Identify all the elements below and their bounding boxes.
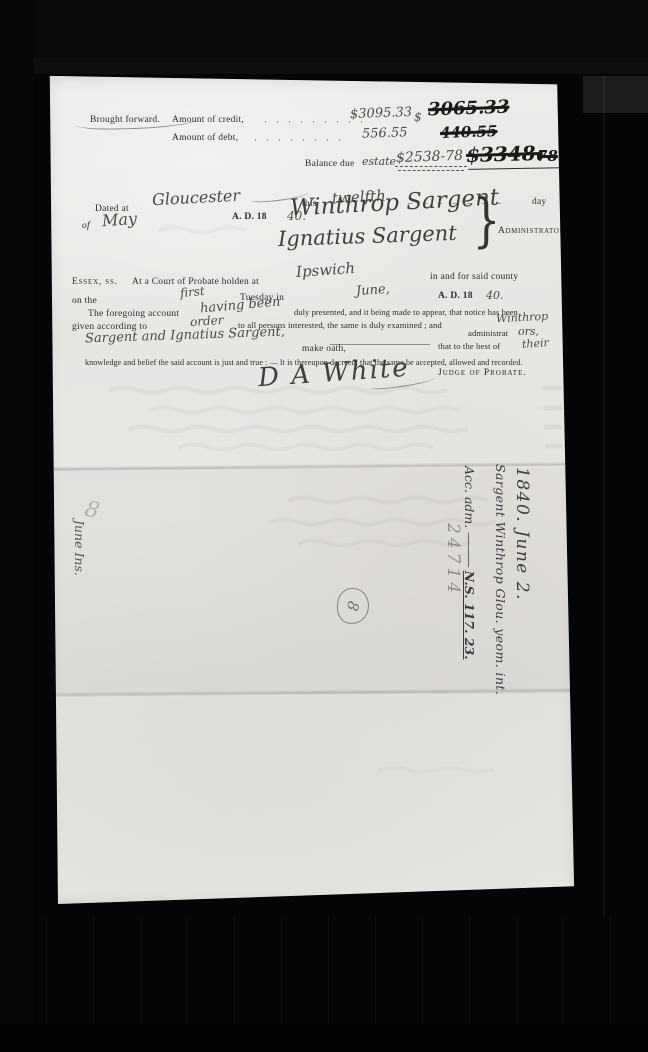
balance-label: Balance due <box>305 159 354 169</box>
document-page: Brought forward. Amount of credit, ·····… <box>40 70 585 915</box>
ordinal-handwritten: first <box>179 284 205 301</box>
county-end-text: in and for said county <box>430 272 518 282</box>
day-word-handwritten: twelfth <box>332 187 387 208</box>
month-handwritten: May <box>101 209 137 230</box>
balance-dashed-underline-1 <box>395 152 467 167</box>
docket-account-dash: ——— <box>462 532 477 567</box>
their-handwritten: their <box>522 336 550 351</box>
order-handwritten: order <box>190 313 224 329</box>
photo-top-band <box>0 0 648 58</box>
credit-amount-struck: 3065.33 <box>428 97 510 121</box>
judge-signature: D A White <box>257 353 411 394</box>
docket-account-prefix: Acc. adm. <box>462 466 477 528</box>
docket-name-line: Sargent Winthrop Glou. yeom. int. <box>493 464 508 695</box>
credit-dollar-mark: $ <box>414 110 422 124</box>
photo-top-band-lower <box>0 58 648 74</box>
dated-leaders: – – – – – – – <box>408 198 505 208</box>
given-according-label: given according to <box>72 322 147 332</box>
make-oath-label: make oath, <box>302 344 346 354</box>
winthrop-name-handwritten: Winthrop <box>496 310 549 326</box>
fold-crease-upper <box>46 461 574 472</box>
court-month-handwritten: June, <box>356 282 391 299</box>
photo-bottom-black <box>0 1024 648 1052</box>
signature-ignatius-sargent: Ignatius Sargent <box>278 221 457 251</box>
photo-left-band <box>0 0 34 1052</box>
signature-winthrop-sargent: Winthrop Sargent <box>289 185 499 222</box>
brought-forward-flourish <box>76 118 198 130</box>
admin-names-handwritten: Sargent and Ignatius Sargent, <box>85 325 285 347</box>
debt-amount-handwritten: 556.55 <box>362 125 408 142</box>
ad-label: A. D. 18 <box>232 212 267 222</box>
scanned-probate-document-photo: { "paper": { "summary": { "brought_forwa… <box>0 0 648 1052</box>
dated-at-label: Dated at <box>95 204 129 214</box>
debt-dot-leaders: ········ <box>254 135 350 145</box>
docket-file-number: 24714 <box>443 523 463 597</box>
docket-account-ref: N.S. 117. 23. <box>462 571 477 660</box>
photo-right-gray-patch <box>583 76 648 113</box>
on-the-label: on the <box>72 296 97 306</box>
court-place-handwritten: Ipswich <box>295 259 355 281</box>
persons-text: to all persons interested, the same is d… <box>238 320 442 330</box>
administrat-label: administrat <box>468 328 508 338</box>
fold-crease-lower <box>46 688 574 699</box>
balance-amount-handwritten: $2538-78 <box>396 148 464 166</box>
year-handwritten: 40. <box>287 209 306 223</box>
foregoing-label: The foregoing account <box>88 309 179 319</box>
docket-account-line: Acc. adm. ——— N.S. 117. 23. <box>462 466 477 660</box>
judge-signature-flourish <box>370 375 437 391</box>
middle-panel-shading <box>40 468 585 694</box>
place-flourish <box>250 189 309 203</box>
court-year-handwritten: 40. <box>486 289 504 302</box>
day-label: day <box>532 197 546 207</box>
photo-right-seam <box>603 76 605 916</box>
tuesday-in-label: Tuesday in <box>240 293 284 303</box>
brought-forward-label: Brought forward. <box>90 115 160 125</box>
docket-date-line: 1840. June 2. <box>512 467 532 601</box>
left-margin-note: June Ins. <box>72 520 87 576</box>
court-ad-label: A. D. 18 <box>438 291 473 301</box>
presented-text: duly presented, and it being made to app… <box>294 307 518 317</box>
essex-ss-label: Essex, ss. <box>72 277 118 287</box>
administrat-suffix-handwritten: ors, <box>518 325 539 338</box>
oath-blank-line <box>330 332 430 345</box>
debt-label: Amount of debt, <box>172 133 238 143</box>
decree-text: knowledge and belief the said account is… <box>85 357 523 367</box>
balance-underline <box>468 153 566 170</box>
judge-of-probate-label: Judge of Probate. <box>438 368 527 378</box>
bleed-through-texture <box>40 70 585 915</box>
administrators-label: Administrators. <box>498 226 572 236</box>
credit-label: Amount of credit, <box>172 115 244 125</box>
circled-page-number: 8 <box>335 586 371 626</box>
debt-amount-struck: 440.55 <box>440 122 498 142</box>
of-label: of <box>82 221 90 231</box>
balance-dashed-underline-2 <box>398 156 464 171</box>
holden-at-text: At a Court of Probate holden at <box>132 277 259 287</box>
balance-cents-struck: 78 <box>537 147 558 165</box>
faint-pencil-mark: 8 <box>82 497 102 525</box>
having-been-handwritten: having been <box>199 295 281 317</box>
best-of-text: that to the best of <box>438 341 500 351</box>
credit-amount-handwritten: $3095.33 <box>350 105 413 122</box>
dated-place-handwritten: Gloucester <box>152 186 241 210</box>
administrators-brace: } <box>473 186 501 254</box>
balance-amount-struck: $3348. <box>466 141 543 167</box>
photo-bottom-streaks <box>0 916 648 1024</box>
credit-dot-leaders: ········· <box>264 117 372 127</box>
circled-page-number-digit: 8 <box>343 599 363 612</box>
this-label: this <box>302 199 317 209</box>
balance-estate-word: estate <box>362 155 396 168</box>
